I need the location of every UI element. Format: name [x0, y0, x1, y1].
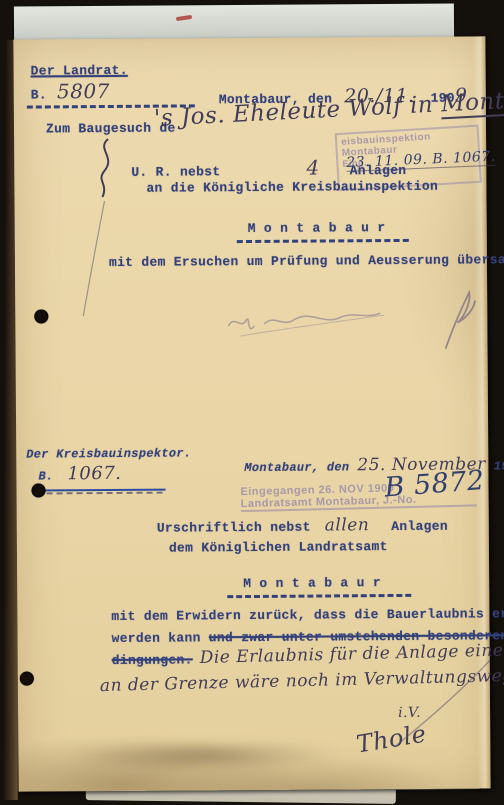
punch-hole-1	[34, 309, 48, 323]
reply-body-line1: Urschriftlich nebst allen Anlagen	[157, 515, 448, 537]
recipient-line: an die Königliche Kreisbauinspektion	[146, 179, 438, 196]
reply-reference-underline-dashed	[37, 492, 163, 495]
enclosure-count-handwritten: 4	[306, 156, 319, 180]
pencil-stroke-diagonal	[390, 656, 495, 753]
reply-body1-handwritten: allen	[325, 515, 370, 535]
enclosures-typed-pre: U. R. nebst	[131, 164, 220, 180]
reply-city: M o n t a b a u r	[243, 575, 381, 591]
reference-number-handwritten: 5807	[57, 79, 110, 103]
pencil-signature	[220, 295, 400, 344]
subject-handwritten: 's Jos. Eheleute Wolf in	[153, 92, 433, 132]
pencil-paraph-right	[435, 288, 479, 358]
request-line: mit dem Ersuchen um Prüfung und Aeusseru…	[109, 252, 504, 270]
recipient-city: M o n t a b a u r	[248, 220, 386, 236]
reply-body1-typed-post: Anlagen	[391, 519, 448, 534]
reference-prefix: B.	[31, 87, 47, 102]
enclosures-typed-post: Anlagen	[350, 163, 407, 178]
ink-paraph	[78, 131, 139, 321]
reply-body1-typed-pre: Urschriftlich nebst	[157, 520, 311, 536]
reply-sender-line: Der Kreisbauinspektor.	[26, 446, 191, 461]
reference-line: B. 5807	[31, 79, 110, 104]
reply-city-underline	[227, 594, 411, 598]
reply-reference-number-handwritten: 1067.	[67, 463, 121, 484]
reply-body4-typed: werden kann	[112, 630, 209, 646]
reply-body-line5-struck: dingungen.	[112, 652, 193, 668]
reply-reference-line: B. 1067.	[38, 463, 121, 485]
punch-hole-2	[31, 483, 45, 497]
reply-reference-prefix: B.	[38, 469, 53, 483]
recipient-city-underline	[237, 239, 409, 243]
document-page: Der Landrat. B. 5807 Montabaur, den 20./…	[13, 36, 490, 791]
enclosures-line: U. R. nebst 4 Anlagen	[131, 155, 406, 181]
reply-date-place-typed: Montabaur, den	[244, 460, 349, 475]
sender-line: Der Landrat.	[31, 63, 128, 79]
reply-body-line3: mit dem Erwidern zurück, dass die Bauerl…	[111, 606, 504, 624]
scanned-archival-document: Der Landrat. B. 5807 Montabaur, den 20./…	[0, 0, 504, 805]
punch-hole-3	[20, 672, 34, 686]
reply-body-line2: dem Königlichen Landratsamt	[169, 539, 388, 556]
reply-date-year-typed: 190	[494, 459, 504, 473]
